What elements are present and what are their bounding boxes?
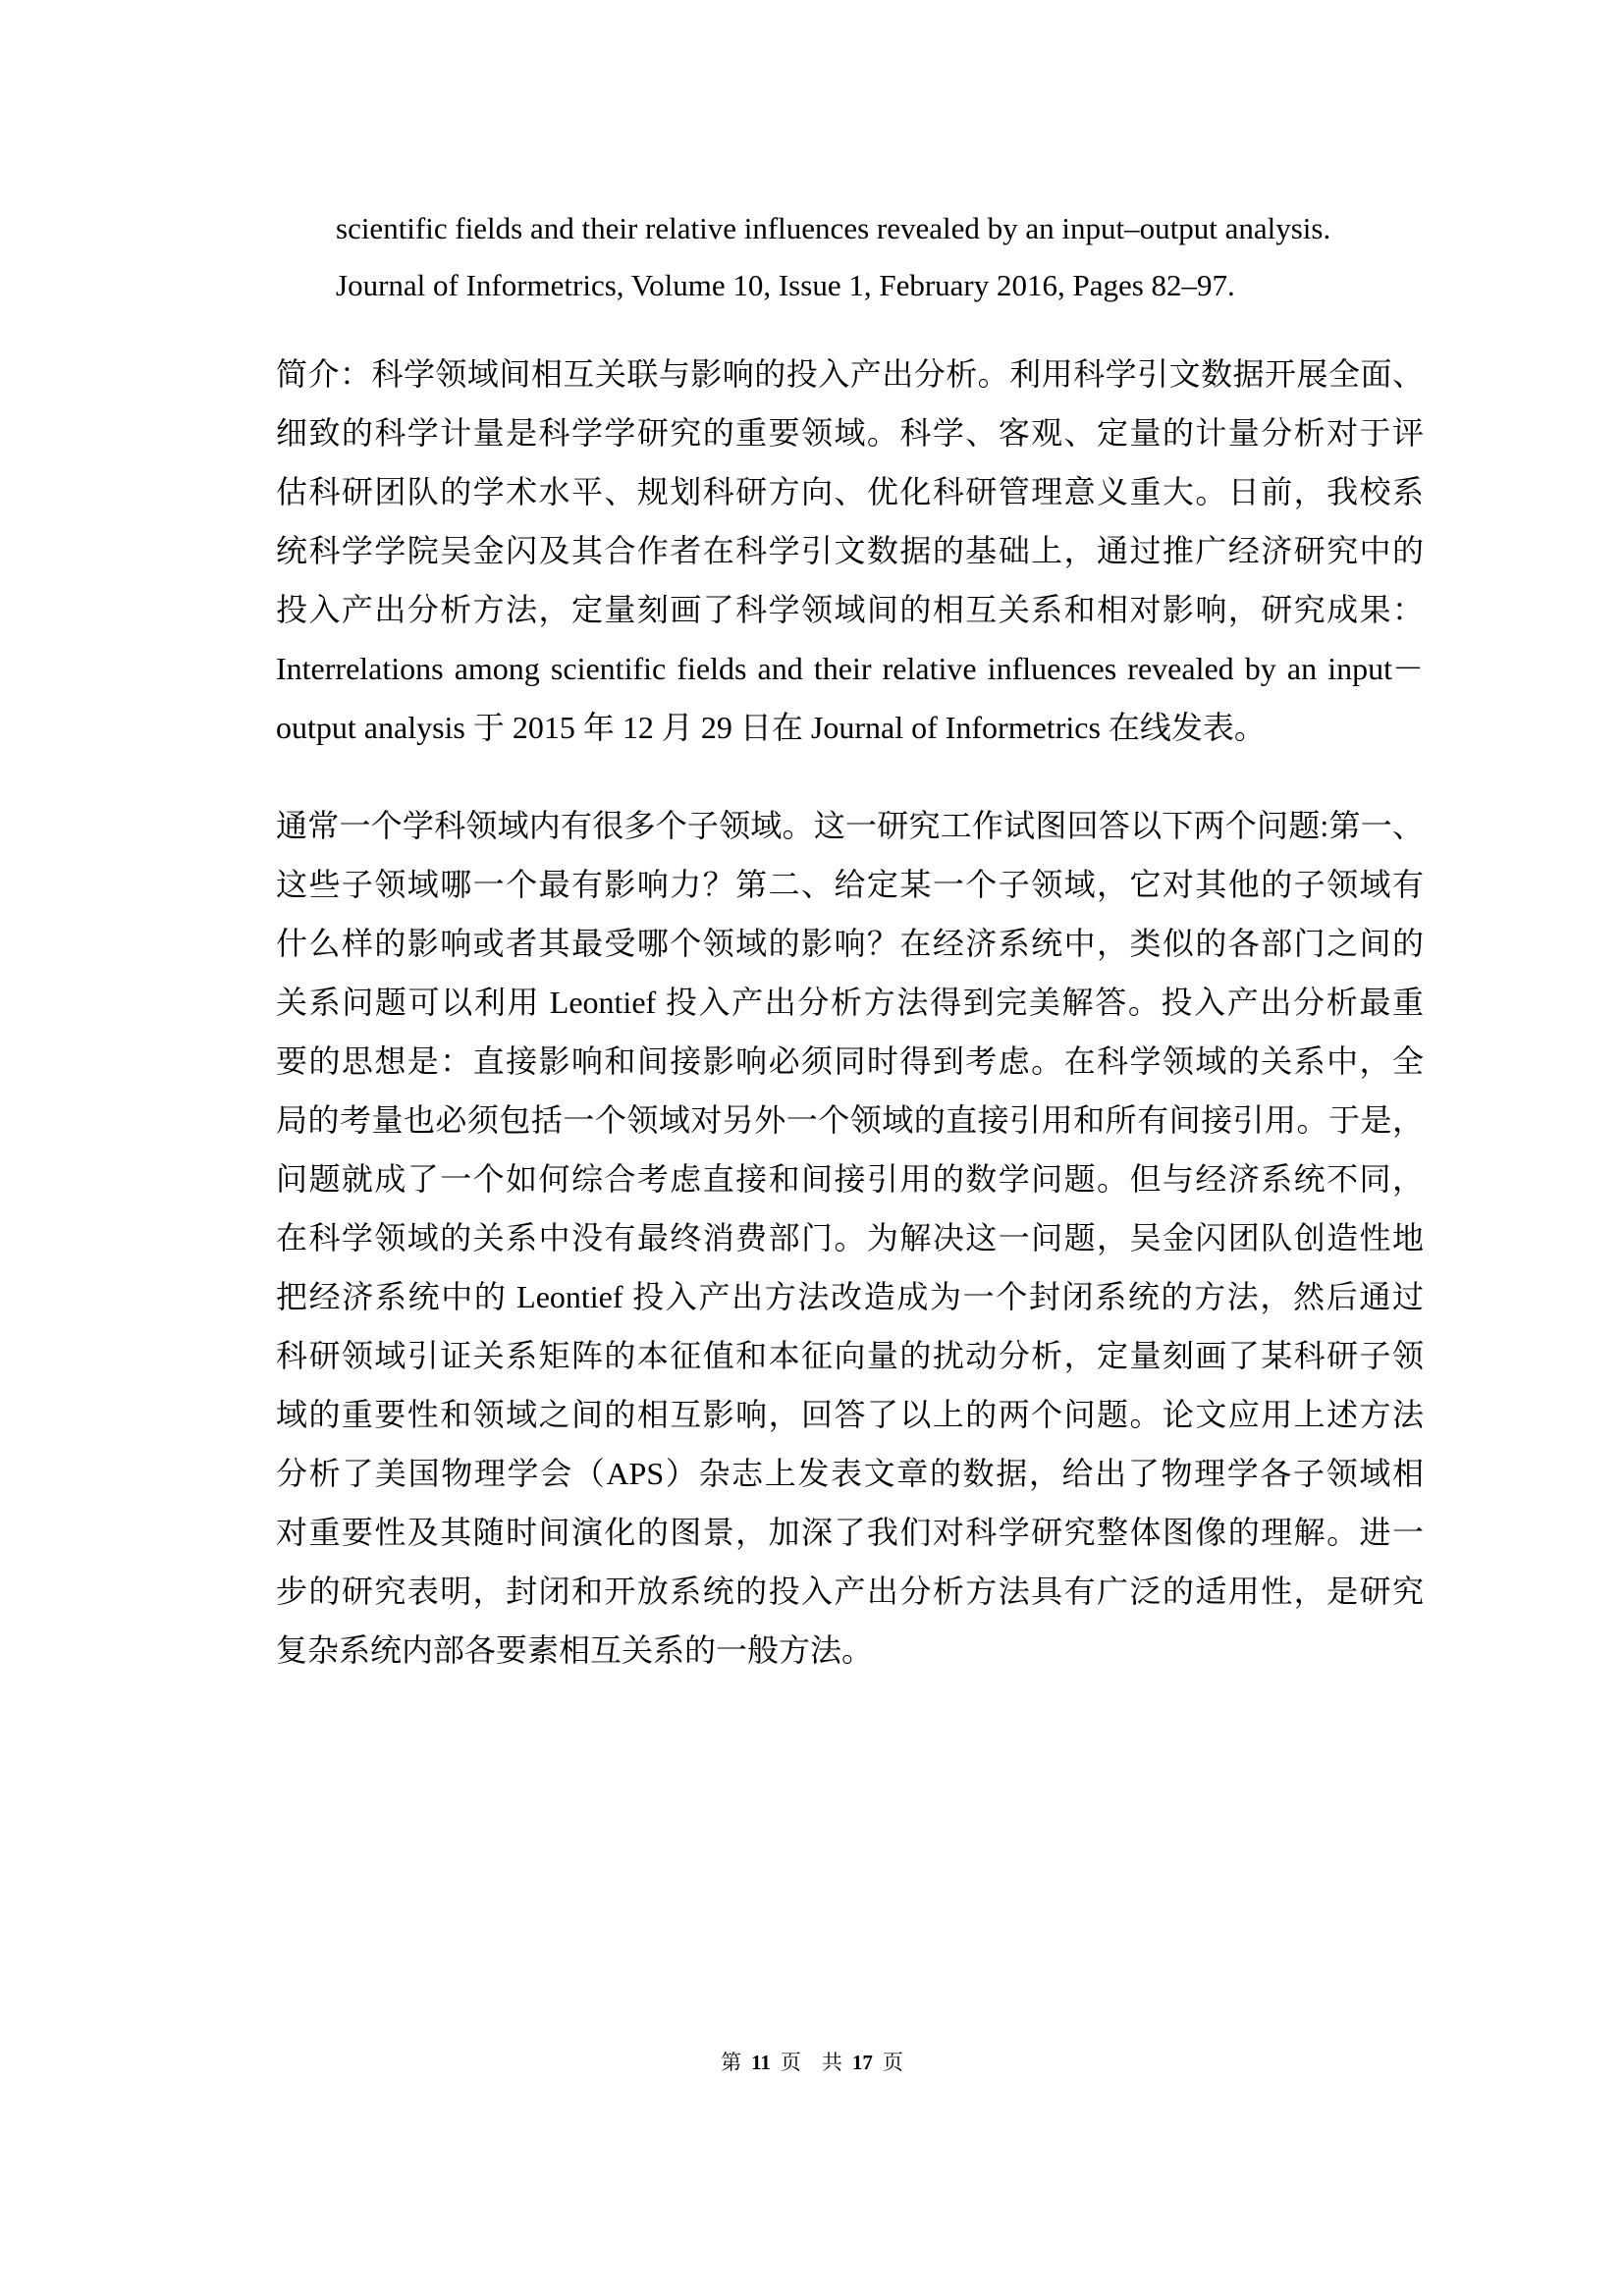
footer-total-prefix-label: 共	[822, 2048, 842, 2077]
body-paragraph-line: 复杂系统内部各要素相互关系的一般方法。	[276, 1621, 1424, 1680]
document-page: scientific fields and their relative inf…	[0, 0, 1624, 2296]
page-footer: 第 11 页 共 17 页	[0, 2048, 1624, 2077]
intro-paragraph-line: 简介：科学领域间相互关联与影响的投入产出分析。利用科学引文数据开展全面、	[276, 345, 1424, 403]
body-paragraph-line: 关系问题可以利用 Leontief 投入产出分析方法得到完美解答。投入产出分析最…	[276, 973, 1424, 1032]
body-paragraph-line: 对重要性及其随时间演化的图景，加深了我们对科学研究整体图像的理解。进一	[276, 1503, 1424, 1562]
footer-page-prefix-label: 第	[721, 2048, 741, 2077]
footer-total-unit-label: 页	[883, 2048, 903, 2077]
body-paragraph-line: 问题就成了一个如何综合考虑直接和间接引用的数学问题。但与经济系统不同，	[276, 1149, 1424, 1208]
body-paragraph-line: 把经济系统中的 Leontief 投入产出方法改造成为一个封闭系统的方法，然后通…	[276, 1267, 1424, 1326]
intro-paragraph-line: 估科研团队的学术水平、规划科研方向、优化科研管理意义重大。日前，我校系	[276, 462, 1424, 521]
body-paragraph-line: 在科学领域的关系中没有最终消费部门。为解决这一问题，吴金闪团队创造性地	[276, 1208, 1424, 1267]
body-paragraph-line: 科研领域引证关系矩阵的本征值和本征向量的扰动分析，定量刻画了某科研子领	[276, 1326, 1424, 1385]
footer-page-unit-label: 页	[781, 2048, 801, 2077]
footer-total-pages-number: 17	[852, 2048, 873, 2077]
body-paragraph-line: 局的考量也必须包括一个领域对另外一个领域的直接引用和所有间接引用。于是，	[276, 1091, 1424, 1149]
citation-line: Journal of Informetrics, Volume 10, Issu…	[336, 257, 1475, 314]
citation-block: scientific fields and their relative inf…	[336, 200, 1475, 314]
intro-paragraph-line: output analysis 于 2015 年 12 月 29 日在 Jour…	[276, 698, 1424, 757]
intro-paragraph-line: Interrelations among scientific fields a…	[276, 639, 1424, 698]
body-paragraph: 通常一个学科领域内有很多个子领域。这一研究工作试图回答以下两个问题:第一、 这些…	[276, 796, 1424, 1680]
footer-current-page-number: 11	[751, 2048, 771, 2077]
body-paragraph-line: 域的重要性和领域之间的相互影响，回答了以上的两个问题。论文应用上述方法	[276, 1385, 1424, 1444]
body-paragraph-line: 什么样的影响或者其最受哪个领域的影响？在经济系统中，类似的各部门之间的	[276, 914, 1424, 973]
body-paragraph-line: 这些子领域哪一个最有影响力？第二、给定某一个子领域，它对其他的子领域有	[276, 855, 1424, 914]
intro-paragraph: 简介：科学领域间相互关联与影响的投入产出分析。利用科学引文数据开展全面、 细致的…	[276, 345, 1424, 757]
citation-line: scientific fields and their relative inf…	[336, 200, 1475, 257]
intro-paragraph-line: 统科学学院吴金闪及其合作者在科学引文数据的基础上，通过推广经济研究中的	[276, 521, 1424, 580]
intro-paragraph-line: 投入产出分析方法，定量刻画了科学领域间的相互关系和相对影响，研究成果：	[276, 580, 1424, 639]
intro-paragraph-line: 细致的科学计量是科学学研究的重要领域。科学、客观、定量的计量分析对于评	[276, 403, 1424, 462]
body-paragraph-line: 步的研究表明，封闭和开放系统的投入产出分析方法具有广泛的适用性，是研究	[276, 1562, 1424, 1621]
body-paragraph-line: 分析了美国物理学会（APS）杂志上发表文章的数据，给出了物理学各子领域相	[276, 1444, 1424, 1503]
body-paragraph-line: 通常一个学科领域内有很多个子领域。这一研究工作试图回答以下两个问题:第一、	[276, 796, 1424, 855]
body-paragraph-line: 要的思想是：直接影响和间接影响必须同时得到考虑。在科学领域的关系中，全	[276, 1032, 1424, 1091]
